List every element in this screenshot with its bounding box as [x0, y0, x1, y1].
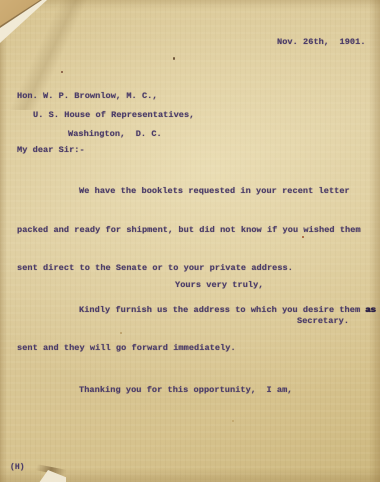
recipient-name: Hon. W. P. Brownlow, M. C.,: [17, 91, 158, 101]
paper-speck: [61, 71, 63, 73]
overstruck-word: as: [365, 305, 375, 315]
body-line-text: Kindly furnish us the address to which y…: [79, 305, 365, 315]
body-line: We have the booklets requested in your r…: [17, 182, 369, 201]
paper-speck: [173, 57, 175, 60]
paper-speck: [302, 236, 304, 238]
body-line: sent direct to the Senate or to your pri…: [17, 259, 369, 278]
body-line: sent and they will go forward immediatel…: [17, 339, 369, 358]
body-line: Thanking you for this opportunity, I am,: [17, 381, 369, 400]
recipient-address-line-1: U. S. House of Representatives,: [33, 110, 194, 120]
letter-body: We have the booklets requested in your r…: [17, 162, 369, 420]
typist-initials: (H): [10, 463, 25, 472]
valediction: Yours very truly,: [175, 280, 264, 290]
recipient-address-line-2: Washington, D. C.: [68, 129, 162, 139]
salutation: My dear Sir:-: [17, 145, 85, 155]
paper-speck: [232, 420, 234, 422]
signature-title: Secretary.: [297, 316, 349, 326]
paper-speck: [120, 332, 122, 334]
body-line: packed and ready for shipment, but did n…: [17, 221, 369, 240]
scanned-letter-page: Nov. 26th, 1901. Hon. W. P. Brownlow, M.…: [0, 0, 380, 482]
date-line: Nov. 26th, 1901.: [277, 37, 366, 47]
